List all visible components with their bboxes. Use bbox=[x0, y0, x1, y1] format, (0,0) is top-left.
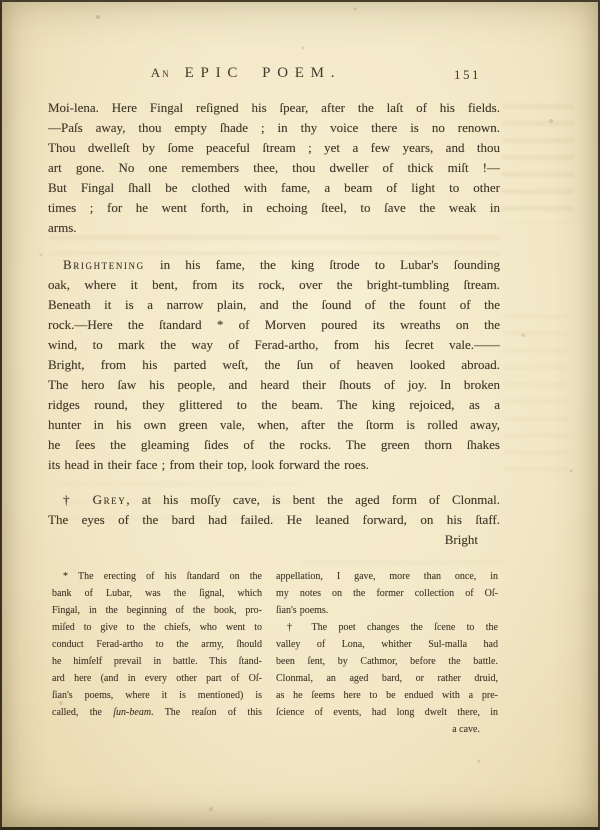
text-line: he ſees the gleaming ſides of the rocks.… bbox=[48, 435, 500, 455]
text-run: called, the bbox=[52, 707, 102, 718]
text-line: miſed to give to the chiefs, who went to bbox=[52, 619, 262, 636]
header-article: An bbox=[151, 65, 171, 80]
footnote-column-left: * The erecting of his ſtandard on theban… bbox=[52, 568, 262, 738]
text-line: ridges round, they glittered to the beam… bbox=[48, 395, 500, 415]
text-line: rock.—Here the ſtandard * of Morven pour… bbox=[48, 315, 500, 335]
text-line: —Paſs away, thou empty ſhade ; in thy vo… bbox=[48, 118, 500, 138]
text-line: been ſent, by Cathmor, before the battle… bbox=[276, 653, 498, 670]
text-line: he himſelf prevail in battle. This ſtand… bbox=[52, 653, 262, 670]
text-line: hunter in his own green vale, when, afte… bbox=[48, 415, 500, 435]
paragraph-3: † Grey, at his moſſy cave, is bent the a… bbox=[48, 490, 500, 550]
text-line: its head in their face ; from their top,… bbox=[48, 455, 500, 475]
paragraph-2: Brightening in his fame, the king ſtrode… bbox=[48, 255, 500, 475]
text-line: ard here (and in every other part of Oſ- bbox=[52, 670, 262, 687]
text-line: valley of Lona, whither Sul-malla had bbox=[276, 636, 498, 653]
text-line: Clonmal, an aged bard, or rather druid, bbox=[276, 670, 498, 687]
paragraph-2-lines: oak, where it bent, from its rock, over … bbox=[48, 275, 500, 475]
bleed-through-texture bbox=[302, 549, 502, 564]
text-run: , at his moſſy cave, is bent the aged fo… bbox=[126, 492, 500, 507]
footnote-right-lines: appellation, I gave, more than once, inm… bbox=[276, 568, 498, 721]
footnote-left-lines: * The erecting of his ſtandard on theban… bbox=[52, 568, 262, 704]
page-header: AnEPIC POEM. bbox=[48, 64, 500, 84]
text-line: † Grey, at his moſſy cave, is bent the a… bbox=[48, 490, 500, 510]
paragraph-1: Moi-lena. Here Fingal reſigned his ſpear… bbox=[48, 98, 500, 238]
text-line: But Fingal ſhall be clothed with fame, a… bbox=[48, 178, 500, 198]
text-line: as he ſeems here to be endued with a pre… bbox=[276, 687, 498, 704]
text-line: † The poet changes the ſcene to the bbox=[276, 619, 498, 636]
text-run: . The reaſon of this bbox=[151, 707, 262, 718]
paragraph-lead: † Grey bbox=[63, 492, 126, 507]
bleed-through-texture bbox=[502, 92, 574, 224]
text-line: ſcience of events, had long dwelt there,… bbox=[276, 704, 498, 721]
text-line: Moi-lena. Here Fingal reſigned his ſpear… bbox=[48, 98, 500, 118]
text-line: bank of Lubar, was the ſignal, which bbox=[52, 585, 262, 602]
paragraph-3-lines: The eyes of the bard had failed. He lean… bbox=[48, 510, 500, 530]
header-title: EPIC POEM. bbox=[185, 65, 342, 81]
text-line: called, the ſun-beam. The reaſon of this bbox=[52, 704, 262, 721]
footnote-column-right: appellation, I gave, more than once, inm… bbox=[276, 568, 498, 738]
text-line: appellation, I gave, more than once, in bbox=[276, 568, 498, 585]
text-line: Bright, from his parted weſt, the ſun of… bbox=[48, 355, 500, 375]
text-line: art gone. No one remembers thee, thou dw… bbox=[48, 158, 500, 178]
text-line: times ; for he went forth, in echoing ſt… bbox=[48, 198, 500, 218]
page-number: 151 bbox=[454, 67, 481, 83]
bleed-through-texture bbox=[504, 302, 568, 472]
paper-speckles bbox=[2, 2, 4, 4]
book-page: AnEPIC POEM. 151 Moi-lena. Here Fingal r… bbox=[0, 0, 600, 830]
text-line: Brightening in his fame, the king ſtrode… bbox=[48, 255, 500, 275]
footnotes: * The erecting of his ſtandard on theban… bbox=[52, 568, 498, 738]
text-line: * The erecting of his ſtandard on the bbox=[52, 568, 262, 585]
text-line: Thou dwelleſt by ſome peaceful ſtream ; … bbox=[48, 138, 500, 158]
text-line: wind, to mark the way of Ferad-artho, fr… bbox=[48, 335, 500, 355]
paragraph-lead: Brightening bbox=[63, 257, 145, 272]
text-line: arms. bbox=[48, 218, 500, 238]
text-line: The hero ſaw his people, and heard their… bbox=[48, 375, 500, 395]
catchword: Bright bbox=[48, 530, 500, 550]
text-line: Beneath it is a narrow plain, and the ſo… bbox=[48, 295, 500, 315]
text-line: conduct Ferad-artho to the army, ſhould bbox=[52, 636, 262, 653]
text-line: my notes on the former collection of Oſ- bbox=[276, 585, 498, 602]
text-line: Fingal, in the beginning of the book, pr… bbox=[52, 602, 262, 619]
italic-term: ſun-beam bbox=[113, 707, 151, 718]
text-line: The eyes of the bard had failed. He lean… bbox=[48, 510, 500, 530]
text-run: in his fame, the king ſtrode to Lubar's … bbox=[160, 257, 500, 272]
text-line: oak, where it bent, from its rock, over … bbox=[48, 275, 500, 295]
text-line: ſian's poems, where it is mentioned) is bbox=[52, 687, 262, 704]
text-line: ſian's poems. bbox=[276, 602, 498, 619]
catchword: a cave. bbox=[276, 721, 498, 738]
